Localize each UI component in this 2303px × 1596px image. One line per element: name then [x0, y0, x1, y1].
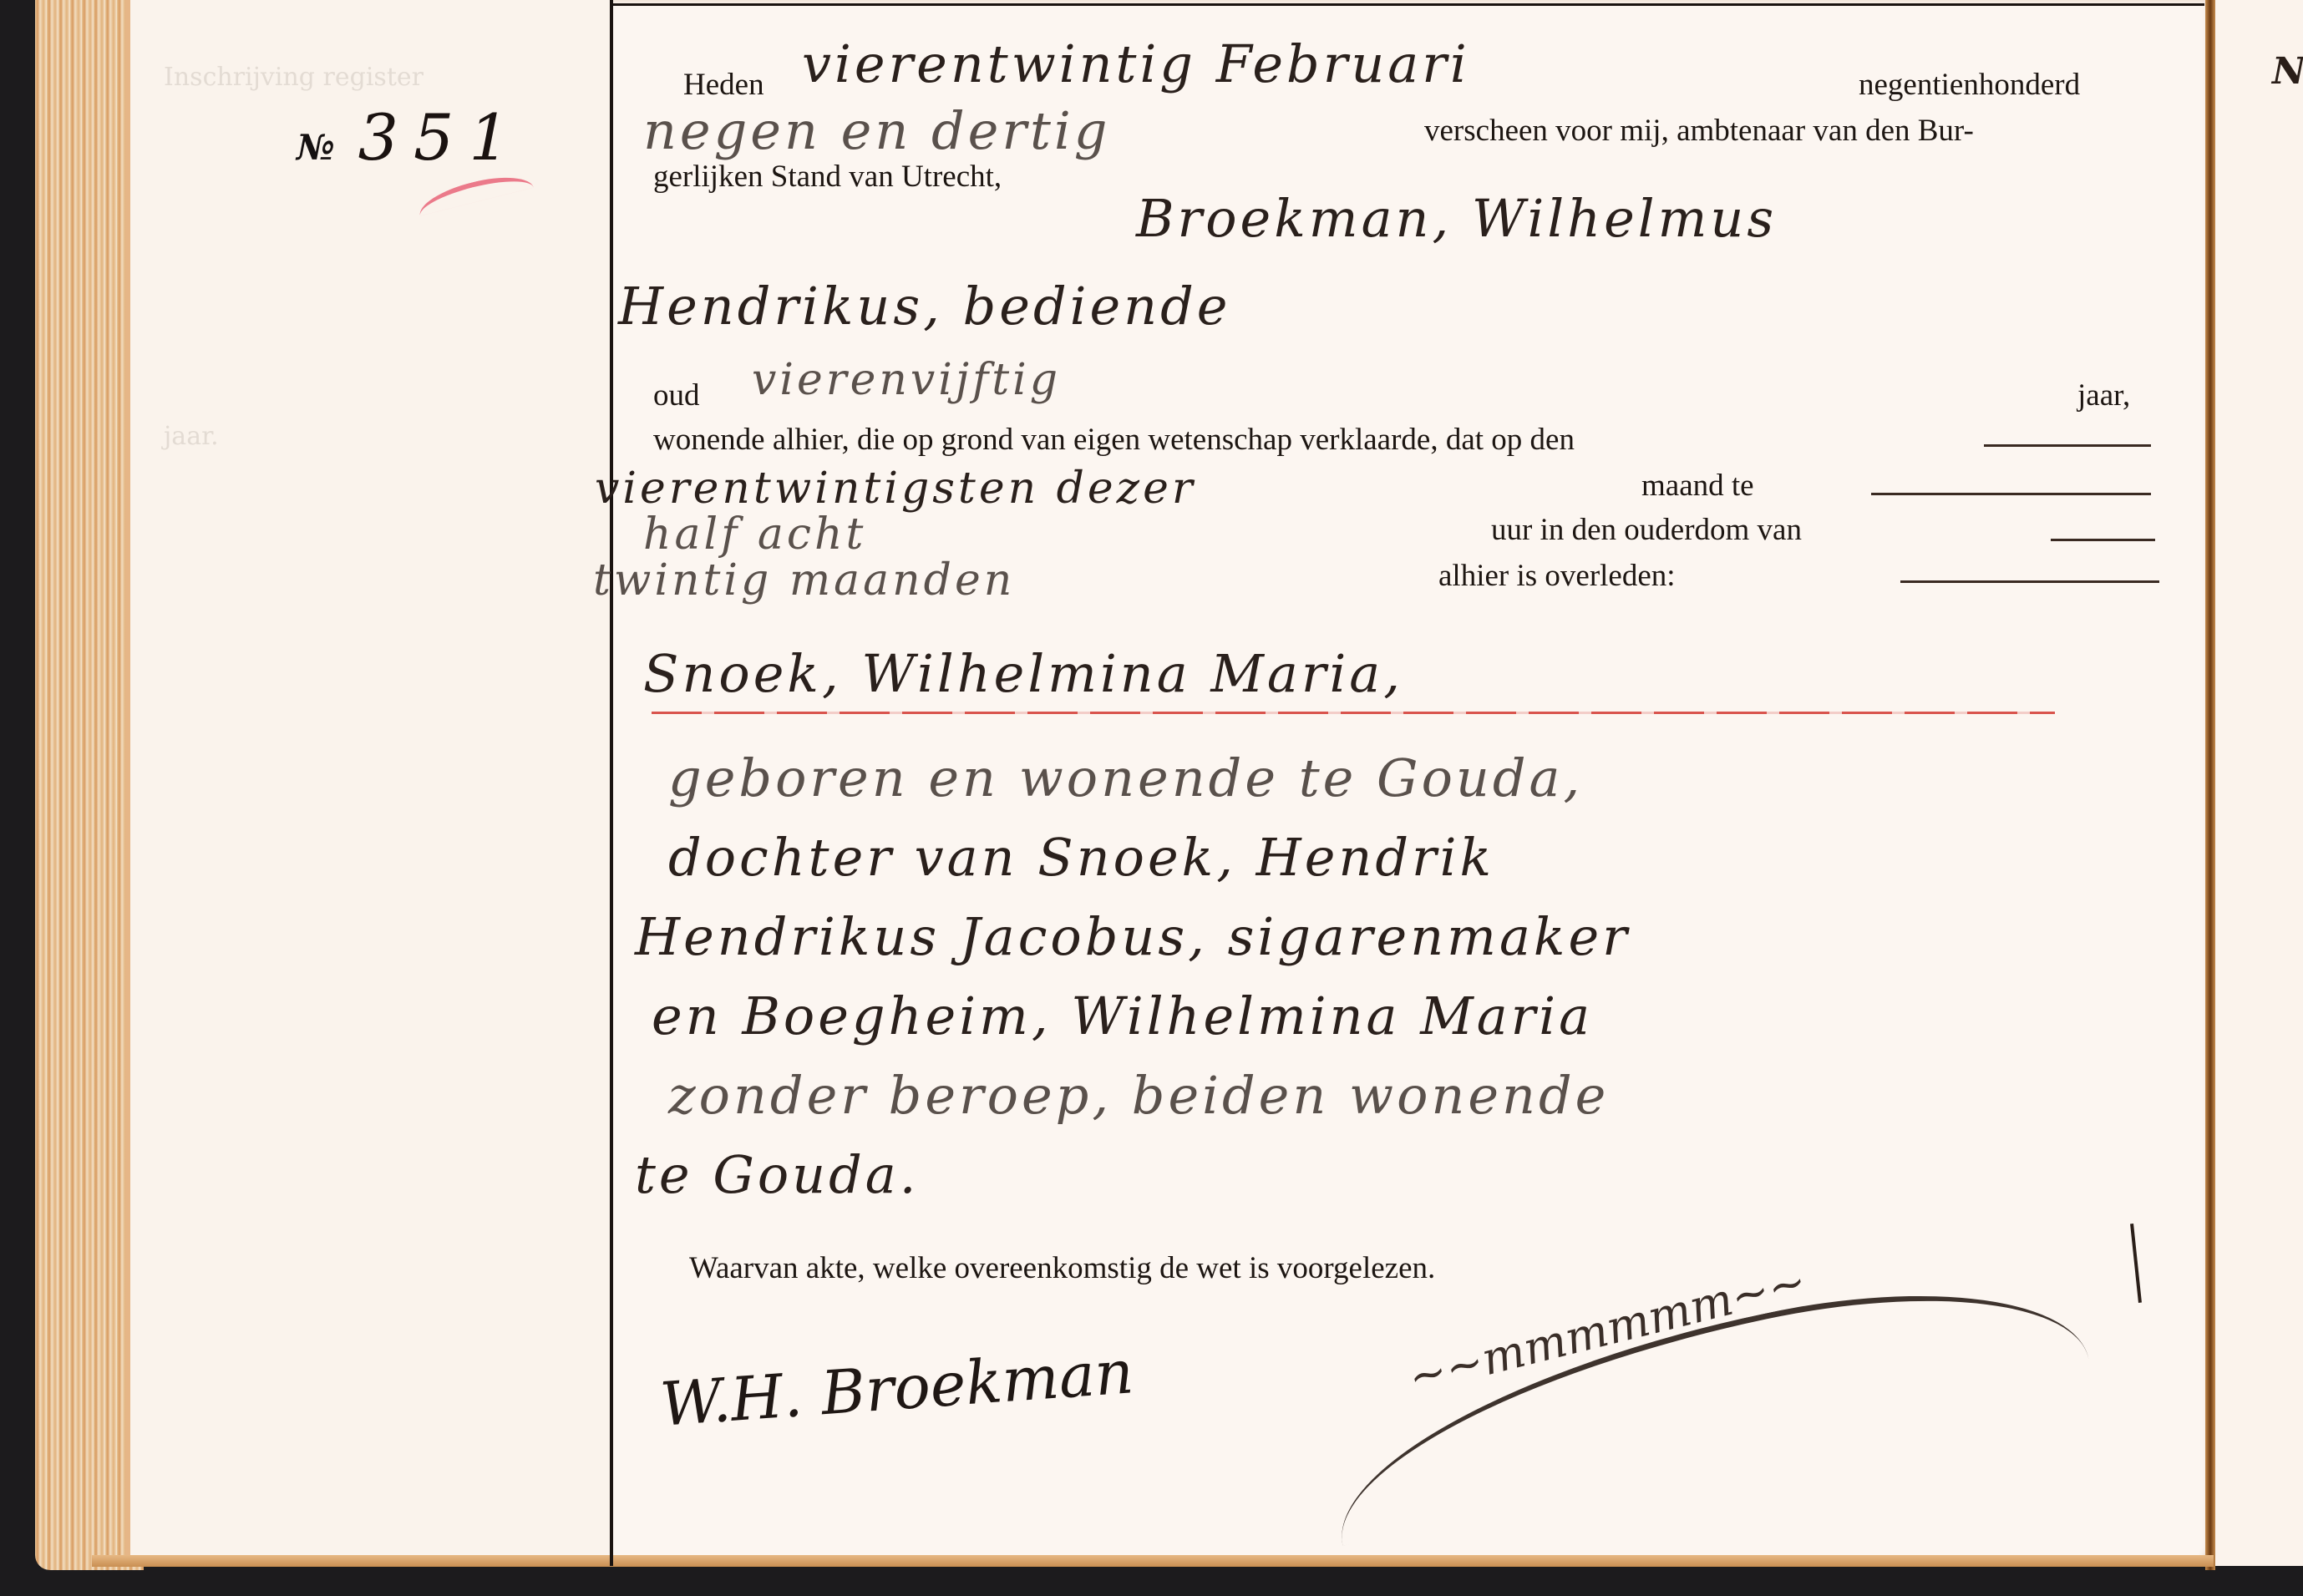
printed-alhier-overleden: alhier is overleden: [1438, 558, 1676, 594]
printed-heden: Heden [683, 67, 764, 103]
margin-rule [610, 0, 613, 1566]
printed-maand-te: maand te [1641, 468, 1754, 504]
handwritten-declarant-age: vierenvijftig [752, 355, 1061, 405]
number-sign: № [297, 127, 335, 168]
record-number: № 351 [297, 100, 525, 175]
printed-closing: Waarvan akte, welke overeenkomstig de we… [689, 1250, 1435, 1286]
printed-wonende-line: wonende alhier, die op grond van eigen w… [653, 422, 1575, 458]
book-binding [2205, 0, 2215, 1570]
handwritten-mother-line: en Boegheim, Wilhelmina Maria [652, 985, 1593, 1046]
handwritten-mother-line2: zonder beroep, beiden wonende [668, 1065, 1609, 1126]
handwritten-place-line: te Gouda. [635, 1144, 919, 1205]
handwritten-date: vierentwintig Februari [802, 33, 1470, 94]
handwritten-deceased-age: twintig maanden [593, 555, 1015, 605]
top-rule [613, 3, 2204, 6]
printed-oud: oud [653, 377, 700, 413]
printed-uur-ouderdom: uur in den ouderdom van [1491, 512, 1802, 548]
handwritten-birth-residence: geboren en wonende te Gouda, [668, 747, 1583, 808]
handwritten-death-time: half acht [643, 509, 866, 560]
handwritten-declarant-given-occupation: Hendrikus, bediende [618, 276, 1230, 337]
blank-line [1900, 580, 2159, 583]
left-page-margin: Inschrijving register jaar. [125, 0, 623, 1562]
bleed-through-text: Inschrijving register [164, 63, 424, 92]
printed-negentienhonderd: negentienhonderd [1859, 67, 2080, 103]
blank-line [1871, 493, 2151, 495]
printed-stand-utrecht: gerlijken Stand van Utrecht, [653, 159, 1002, 195]
handwritten-declarant-name: Broekman, Wilhelmus [1136, 188, 1777, 249]
printed-jaar: jaar, [2077, 377, 2130, 413]
printed-verscheen: verscheen voor mij, ambtenaar van den Bu… [1424, 113, 1974, 149]
bleed-through-text: jaar. [164, 422, 219, 451]
next-page-no-sign: N [2272, 50, 2303, 93]
handwritten-death-date: vierentwintigsten dezer [595, 464, 1196, 514]
right-page-edge [2215, 0, 2303, 1566]
red-underline [652, 712, 2055, 714]
handwritten-father-line: dochter van Snoek, Hendrik [668, 827, 1494, 888]
handwritten-father-line2: Hendrikus Jacobus, sigarenmaker [635, 906, 1631, 967]
record-number-value: 351 [358, 100, 525, 175]
blank-line [2051, 539, 2155, 541]
blank-line [1984, 444, 2151, 447]
handwritten-deceased-name: Snoek, Wilhelmina Maria, [643, 643, 1403, 704]
handwritten-year: negen en dertig [643, 100, 1110, 161]
book-bottom-edge [92, 1555, 2214, 1567]
